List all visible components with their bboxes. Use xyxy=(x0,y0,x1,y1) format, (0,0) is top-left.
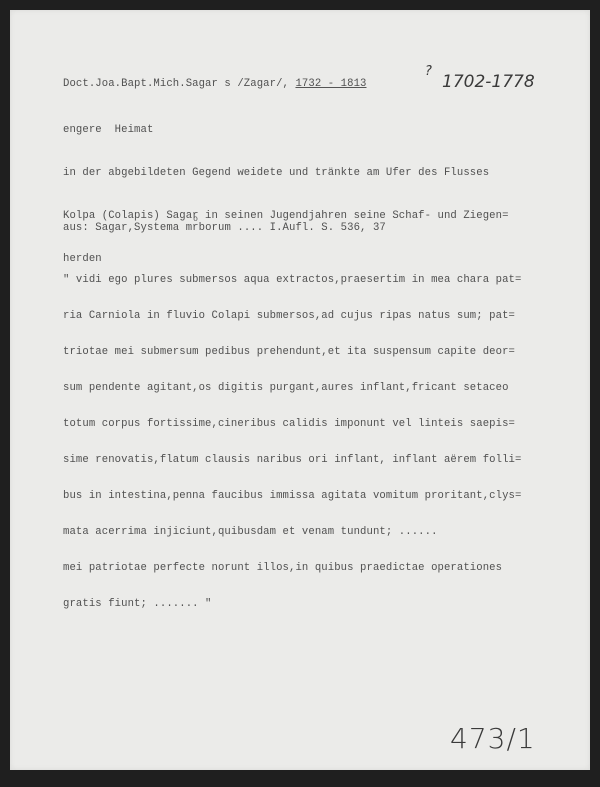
header-line: Doct.Joa.Bapt.Mich.Sagar s /Zagar/, 1732… xyxy=(63,78,367,90)
handwritten-dates: 1702-1778 xyxy=(442,72,535,92)
quote-line: sum pendente agitant,os digitis purgant,… xyxy=(63,382,521,394)
latin-quote: " vidi ego plures submersos aqua extract… xyxy=(63,250,521,634)
quote-line: totum corpus fortissime,cineribus calidi… xyxy=(63,418,521,430)
document-page: Doct.Joa.Bapt.Mich.Sagar s /Zagar/, 1732… xyxy=(10,10,590,770)
note-line: engere Heimat xyxy=(63,120,509,140)
note-line: in der abgebildeten Gegend weidete und t… xyxy=(63,164,509,183)
quote-line: mei patriotae perfecte norunt illos,in q… xyxy=(63,562,521,574)
quote-line: " vidi ego plures submersos aqua extract… xyxy=(63,274,521,286)
quote-line: sime renovatis,flatum clausis naribus or… xyxy=(63,454,521,466)
archive-number: 473/1 xyxy=(450,722,536,755)
quote-line: gratis fiunt; ....... " xyxy=(63,598,521,610)
handwritten-question-mark: ? xyxy=(425,64,432,79)
quote-line: mata acerrima injiciunt,quibusdam et ven… xyxy=(63,526,521,538)
name-line: Doct.Joa.Bapt.Mich.Sagar s /Zagar/, xyxy=(63,78,295,90)
source-citation: aus: Sagar,Systema morborum .... I.Aufl.… xyxy=(63,222,386,234)
quote-line: triotae mei submersum pedibus prehendunt… xyxy=(63,346,521,358)
quote-line: bus in intestina,penna faucibus immissa … xyxy=(63,490,521,502)
quote-line: ria Carniola in fluvio Colapi submersos,… xyxy=(63,310,521,322)
struck-dates: 1732 - 1813 xyxy=(295,78,366,90)
